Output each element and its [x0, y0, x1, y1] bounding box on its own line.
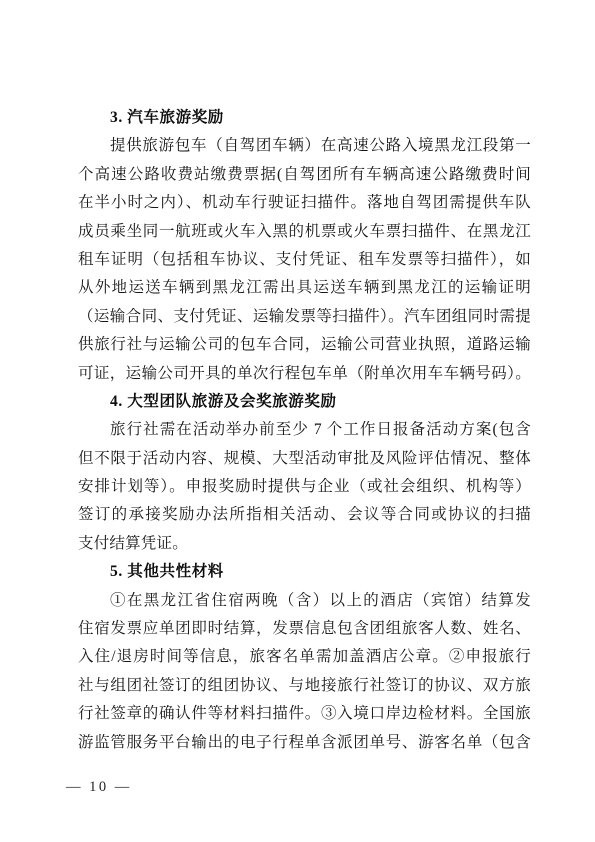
- paragraph-line: 住宿发票应单团即时结算，发票信息包含团组旅客人数、姓名、: [78, 615, 531, 643]
- paragraph-line: 签订的承接奖励办法所指相关活动、会议等合同或协议的扫描件、: [78, 501, 531, 529]
- paragraph-line: 支付结算凭证。: [78, 530, 531, 558]
- paragraph-line: 安排计划等）。申报奖励时提供与企业（或社会组织、机构等）: [78, 473, 531, 501]
- paragraph-line: 个高速公路收费站缴费票据(自驾团所有车辆高速公路缴费时间: [78, 161, 531, 189]
- paragraph-line: 入住/退房时间等信息，旅客名单需加盖酒店公章。②申报旅行: [78, 643, 531, 671]
- paragraph-line: （运输合同、支付凭证、运输发票等扫描件）。汽车团组同时需提: [78, 303, 531, 331]
- paragraph-line: 游监管服务平台输出的电子行程单含派团单号、游客名单（包含: [78, 729, 531, 757]
- paragraph-line: 社与组团社签订的组团协议、与地接旅行社签订的协议、双方旅: [78, 672, 531, 700]
- paragraph-line: 供旅行社与运输公司的包车合同，运输公司营业执照，道路运输许: [78, 331, 531, 359]
- page-content: 3. 汽车旅游奖励 提供旅游包车（自驾团车辆）在高速公路入境黑龙江段第一 个高速…: [78, 104, 531, 757]
- paragraph-line: ①在黑龙江省住宿两晚（含）以上的酒店（宾馆）结算发票，: [78, 587, 531, 615]
- paragraph-line: 成员乘坐同一航班或火车入黑的机票或火车票扫描件、在黑龙江: [78, 218, 531, 246]
- document-page: 3. 汽车旅游奖励 提供旅游包车（自驾团车辆）在高速公路入境黑龙江段第一 个高速…: [0, 0, 595, 842]
- paragraph-line: 但不限于活动内容、规模、大型活动审批及风险评估情况、整体: [78, 445, 531, 473]
- paragraph-line: 行社签章的确认件等材料扫描件。③入境口岸边检材料。全国旅: [78, 700, 531, 728]
- page-number: — 10 —: [66, 774, 132, 800]
- paragraph-line: 在半小时之内）、机动车行驶证扫描件。落地自驾团需提供车队: [78, 189, 531, 217]
- section-heading-3: 3. 汽车旅游奖励: [78, 104, 531, 132]
- paragraph-line: 旅行社需在活动举办前至少 7 个工作日报备活动方案(包含: [78, 416, 531, 444]
- section-heading-5: 5. 其他共性材料: [78, 558, 531, 586]
- paragraph-line: 可证，运输公司开具的单次行程包车单（附单次用车车辆号码）。: [78, 360, 531, 388]
- section-heading-4: 4. 大型团队旅游及会奖旅游奖励: [78, 388, 531, 416]
- paragraph-line: 提供旅游包车（自驾团车辆）在高速公路入境黑龙江段第一: [78, 132, 531, 160]
- paragraph-line: 从外地运送车辆到黑龙江需出具运送车辆到黑龙江的运输证明: [78, 274, 531, 302]
- paragraph-line: 租车证明（包括租车协议、支付凭证、租车发票等扫描件），如: [78, 246, 531, 274]
